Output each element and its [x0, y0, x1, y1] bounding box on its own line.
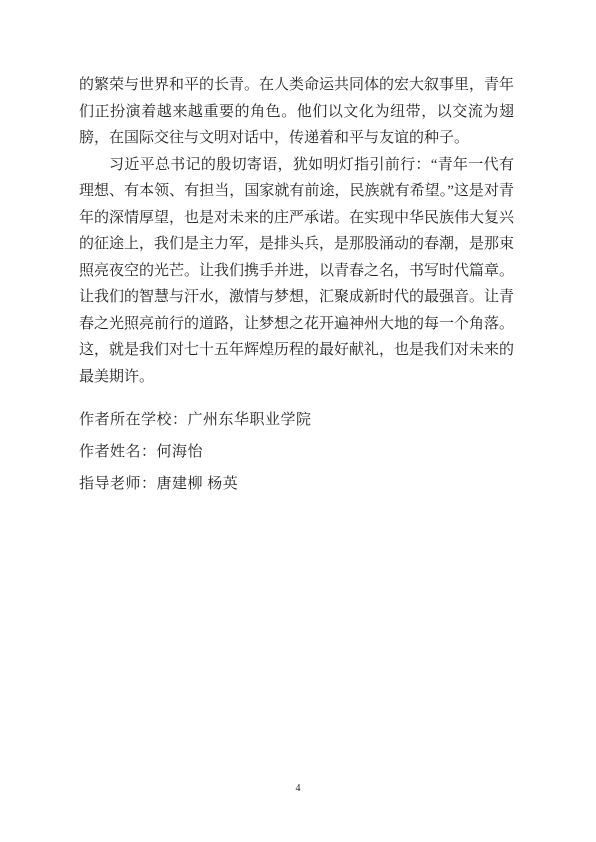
author-name-line: 作者姓名：何海怡 — [79, 436, 514, 468]
paragraph-1: 的繁荣与世界和平的长青。在人类命运共同体的宏大叙事里，青年们正扮演着越来越重要的… — [79, 72, 514, 152]
page-footer: 4 — [0, 778, 596, 796]
author-info-block: 作者所在学校：广州东华职业学院 作者姓名：何海怡 指导老师：唐建柳 杨英 — [79, 404, 514, 500]
author-advisor-line: 指导老师：唐建柳 杨英 — [79, 468, 514, 500]
paragraph-2: 习近平总书记的殷切寄语，犹如明灯指引前行：“青年一代有理想、有本领、有担当，国家… — [79, 152, 514, 391]
document-page: 的繁荣与世界和平的长青。在人类命运共同体的宏大叙事里，青年们正扮演着越来越重要的… — [0, 0, 596, 842]
author-school-line: 作者所在学校：广州东华职业学院 — [79, 404, 514, 436]
document-body: 的繁荣与世界和平的长青。在人类命运共同体的宏大叙事里，青年们正扮演着越来越重要的… — [79, 72, 514, 390]
page-number: 4 — [296, 783, 301, 795]
